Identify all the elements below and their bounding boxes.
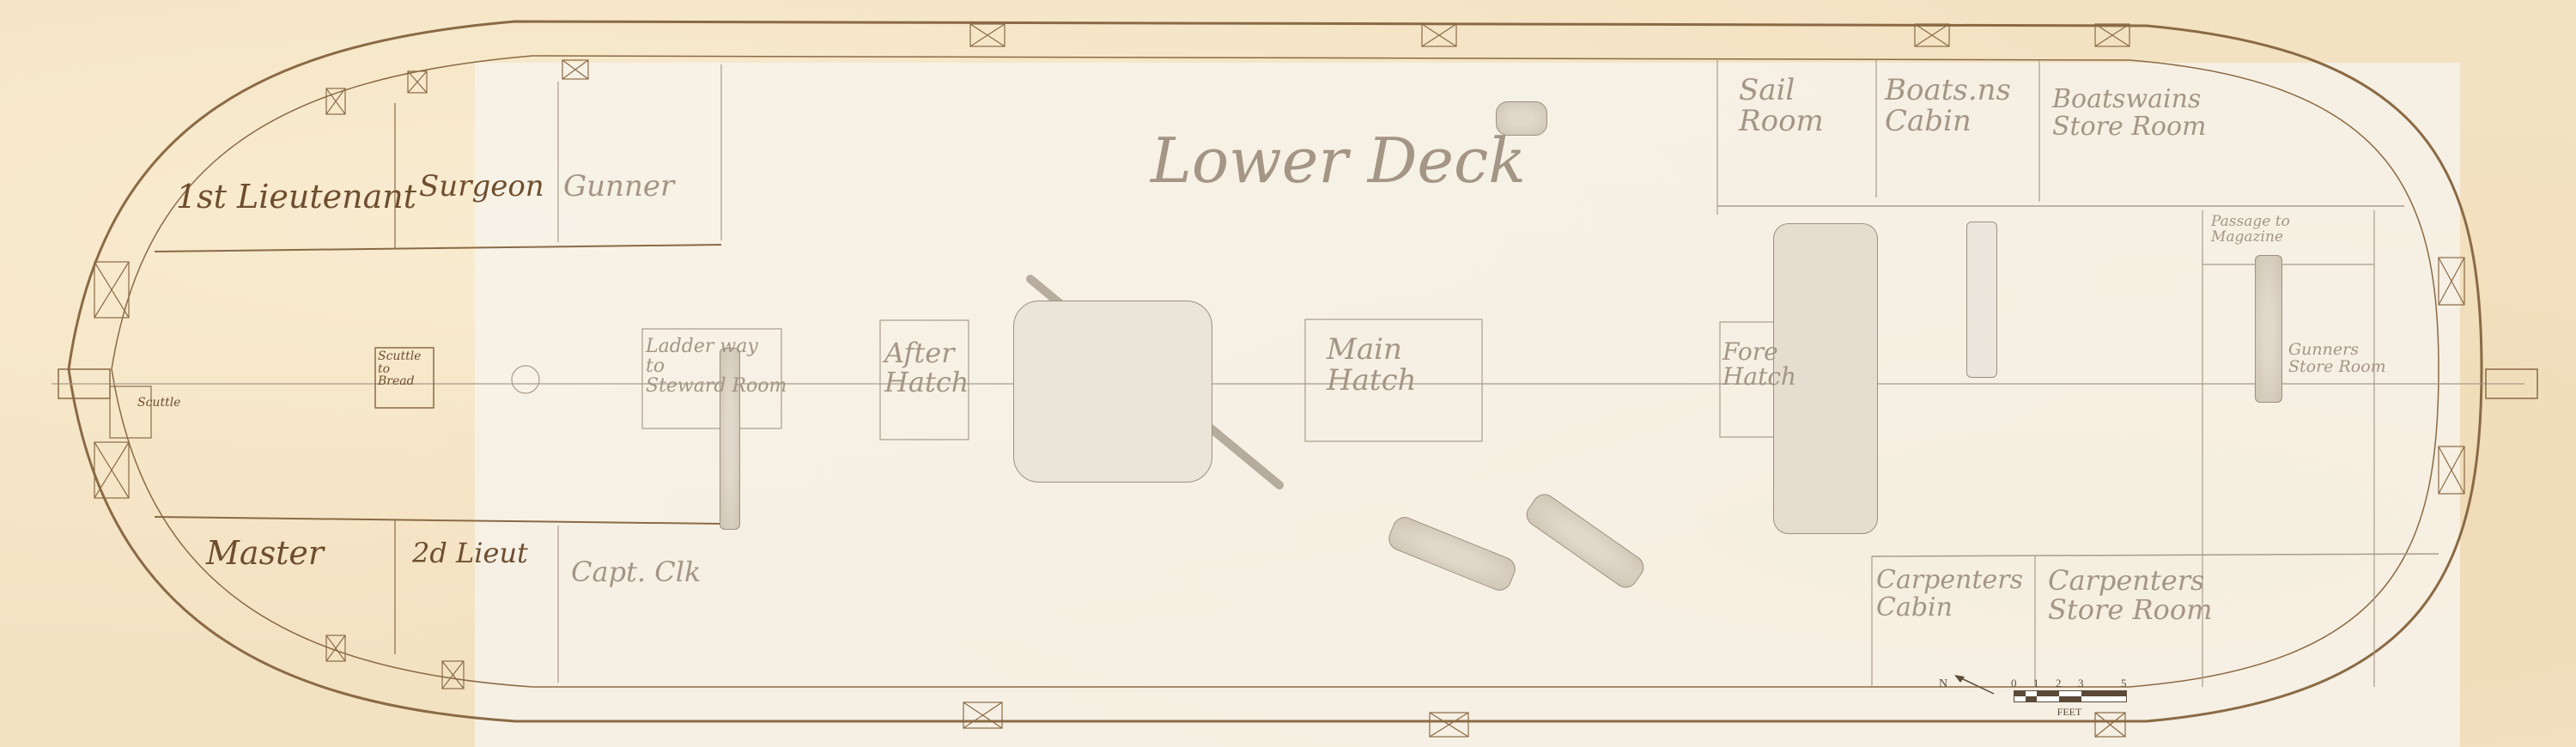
room-label-carpenters-cabin: Carpenters Cabin bbox=[1876, 567, 2023, 621]
room-label-gunner: Gunner bbox=[563, 172, 674, 203]
room-label-surgeon: Surgeon bbox=[419, 172, 544, 203]
timber-cluster-artifact bbox=[1013, 301, 1212, 483]
scale-ticks: 0 1 2 3 5 bbox=[2014, 677, 2127, 690]
hatch-scuttle: Scuttle bbox=[137, 397, 180, 410]
room-label-sail-room: Sail Room bbox=[1739, 76, 1824, 137]
room-label-second-lieutenant: 2d Lieut bbox=[412, 539, 528, 568]
room-label-boatswains-store-room: Boatswains Store Room bbox=[2052, 86, 2206, 140]
hatch-main: Main Hatch bbox=[1327, 335, 1417, 396]
arrow-icon bbox=[1951, 671, 2002, 697]
scale-tick: 0 bbox=[2011, 677, 2017, 690]
room-label-gunners-store-room: Gunners Store Room bbox=[2288, 342, 2386, 376]
scale-segments bbox=[2014, 690, 2127, 702]
hatch-scuttle-to-bread: Scuttle to Bread bbox=[378, 350, 421, 388]
room-label-boatswains-cabin: Boats.ns Cabin bbox=[1885, 76, 2011, 137]
north-arrow: N bbox=[1939, 671, 2002, 697]
scale-unit: FEET bbox=[2014, 706, 2125, 719]
scale-tick: 5 bbox=[2121, 677, 2127, 690]
room-label-passage-to-magazine: Passage to Magazine bbox=[2211, 215, 2290, 246]
hatch-ladder-way: Ladder way to Steward Room bbox=[646, 337, 787, 396]
room-label-carpenters-store-room: Carpenters Store Room bbox=[2048, 567, 2212, 624]
scale-tick: 1 bbox=[2033, 677, 2039, 690]
room-label-captains-clerk: Capt. Clk bbox=[571, 558, 701, 587]
scale-tick: 2 bbox=[2056, 677, 2062, 690]
deck-title: Lower Deck bbox=[1151, 129, 1526, 194]
hatch-after: After Hatch bbox=[884, 339, 969, 397]
anchor-shank-artifact bbox=[2255, 255, 2282, 403]
north-arrow-label: N bbox=[1939, 677, 1947, 690]
scale-bar: 0 1 2 3 5 FEET bbox=[2014, 677, 2127, 719]
timber-artifact bbox=[1966, 222, 1997, 378]
hatch-fore: Fore Hatch bbox=[1722, 339, 1796, 390]
scale-tick: 3 bbox=[2078, 677, 2084, 690]
room-label-master: Master bbox=[206, 537, 324, 571]
room-label-first-lieutenant: 1st Lieutenant bbox=[176, 180, 416, 215]
